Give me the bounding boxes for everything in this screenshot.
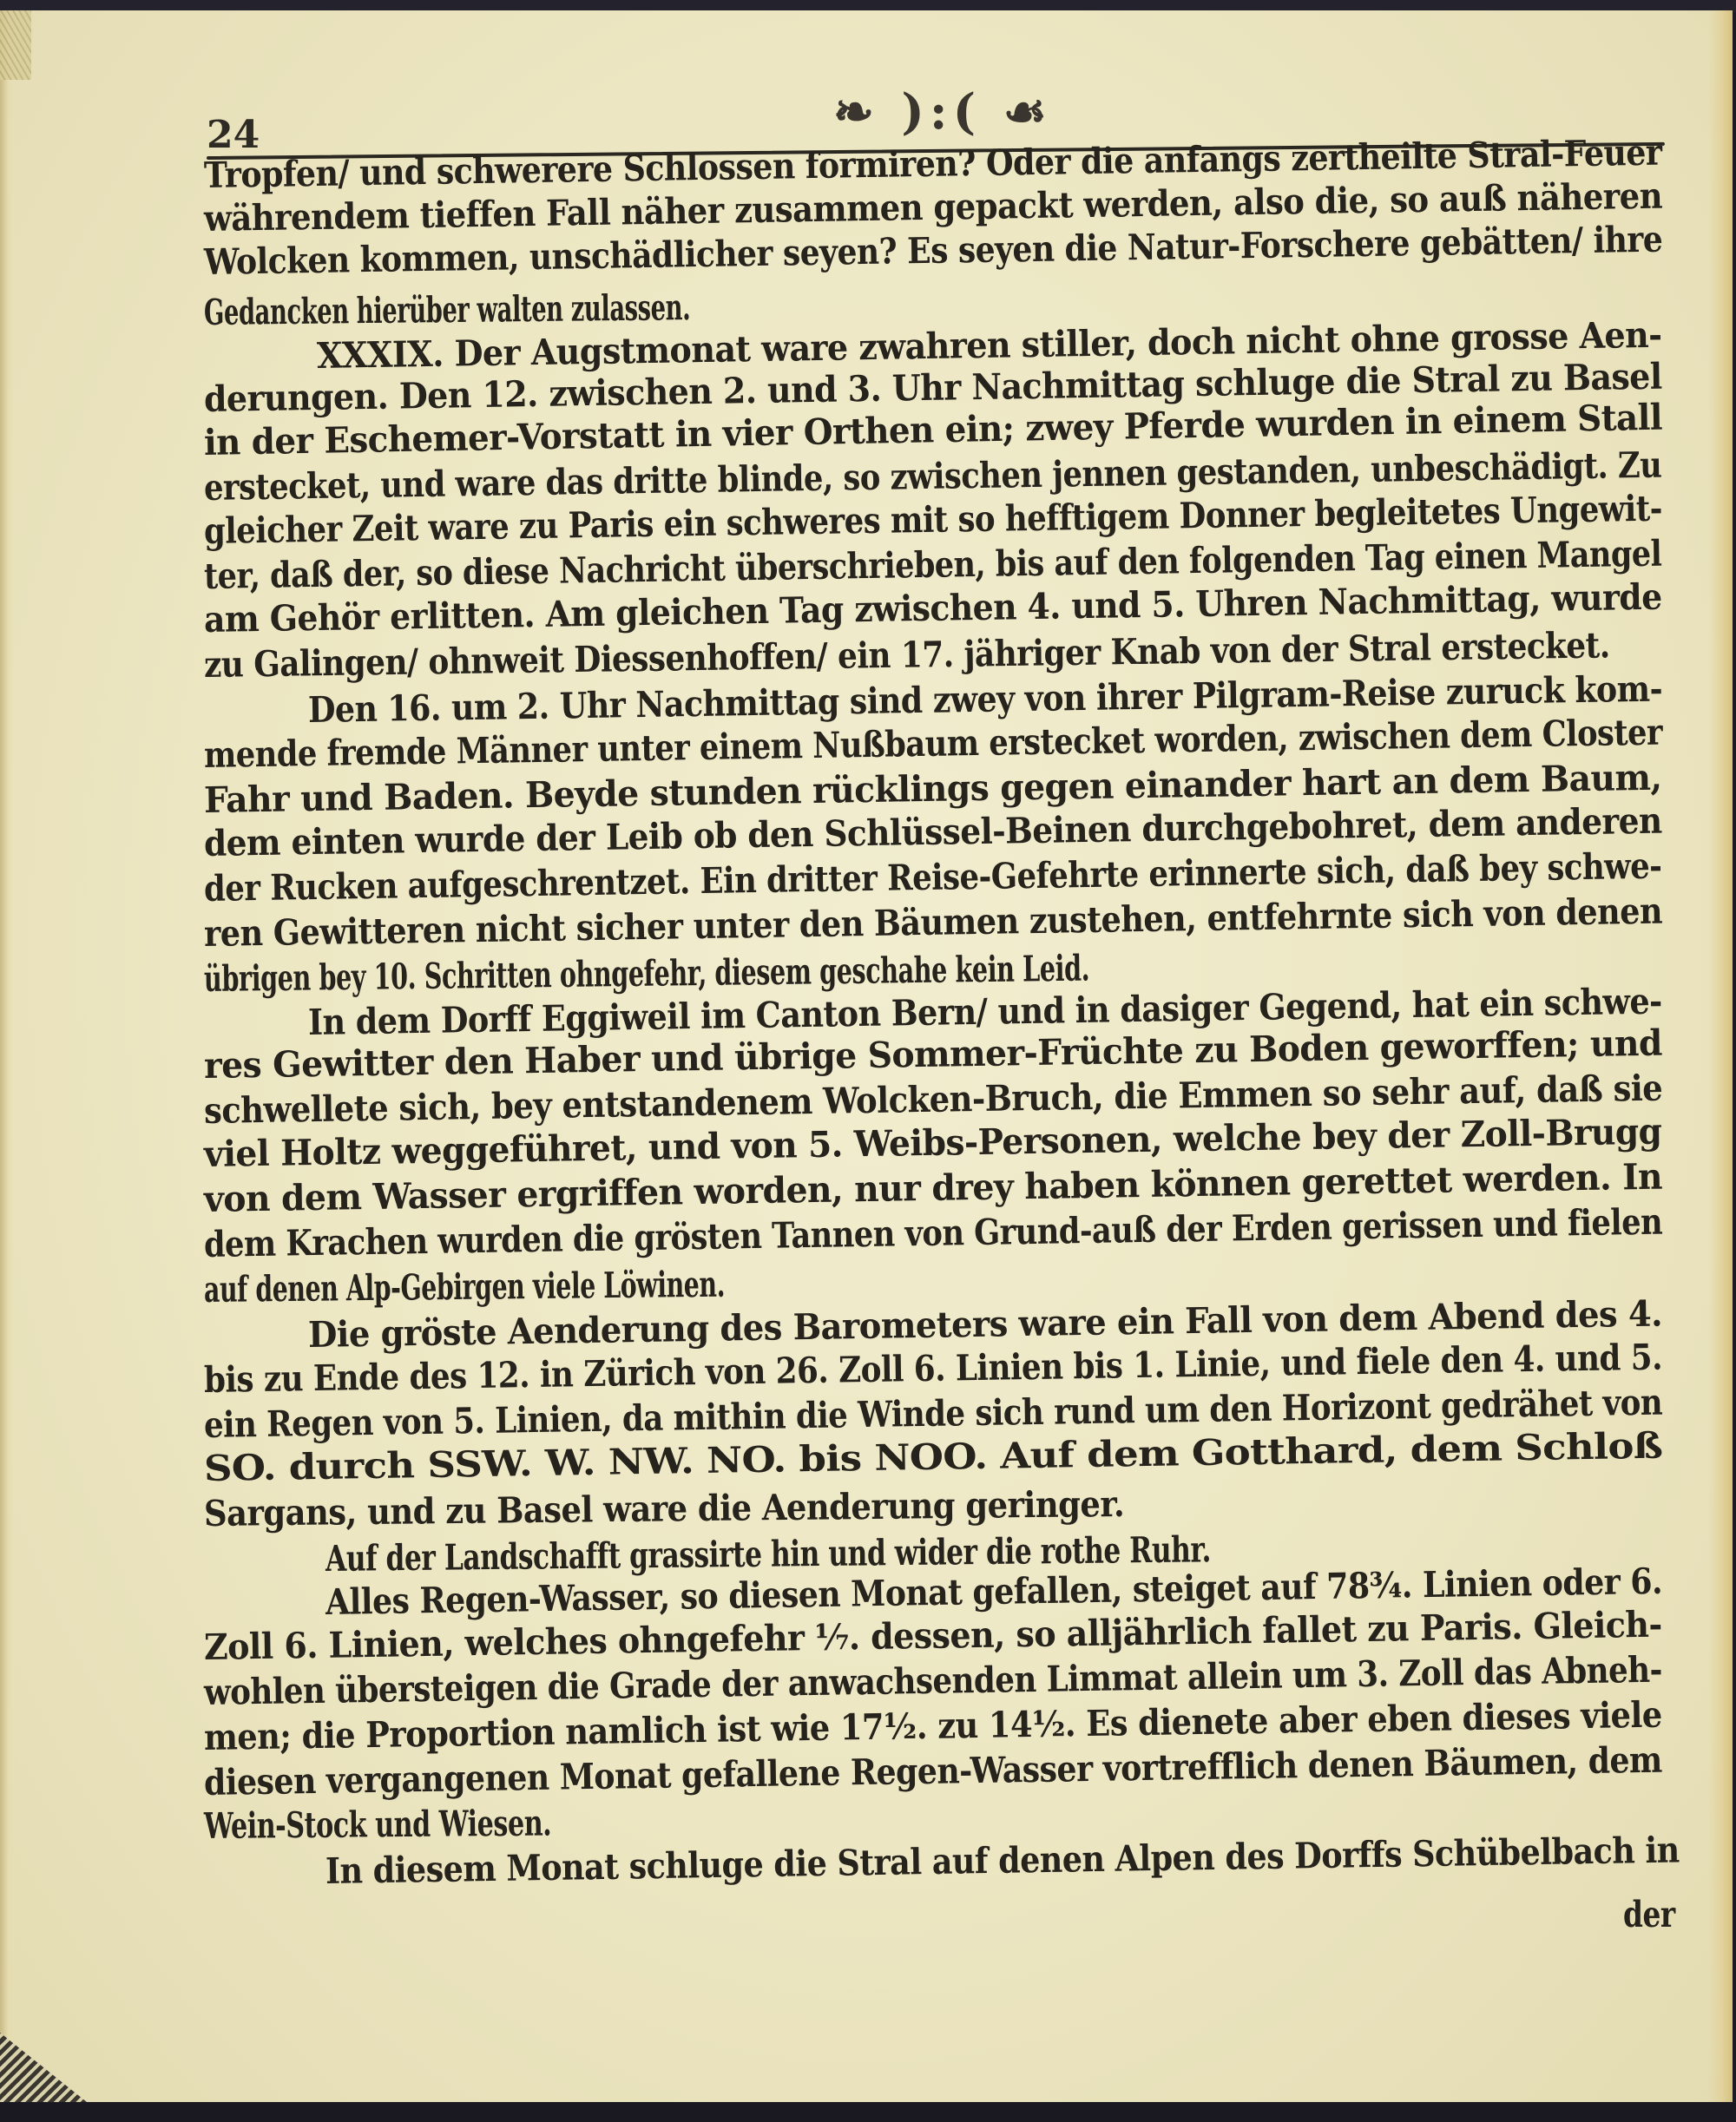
body-text: Tropfen/ und schwerere Schlossen formire… [0,10,1733,2102]
text-line: der [1623,1894,1675,1935]
book-page: 24 ❧ ):( ☙ Tropfen/ und schwerere Schlos… [0,10,1733,2102]
text-line: Wein-Stock und Wiesen. [204,1803,552,1847]
text-line: auf denen Alp-Gebirgen viele Löwinen. [204,1264,726,1311]
scan-bottom-border [0,2103,1736,2122]
text-line: Sargans, und zu Basel ware die Aenderung… [204,1483,1125,1534]
text-line: Gedancken hierüber walten zulassen. [204,286,691,333]
